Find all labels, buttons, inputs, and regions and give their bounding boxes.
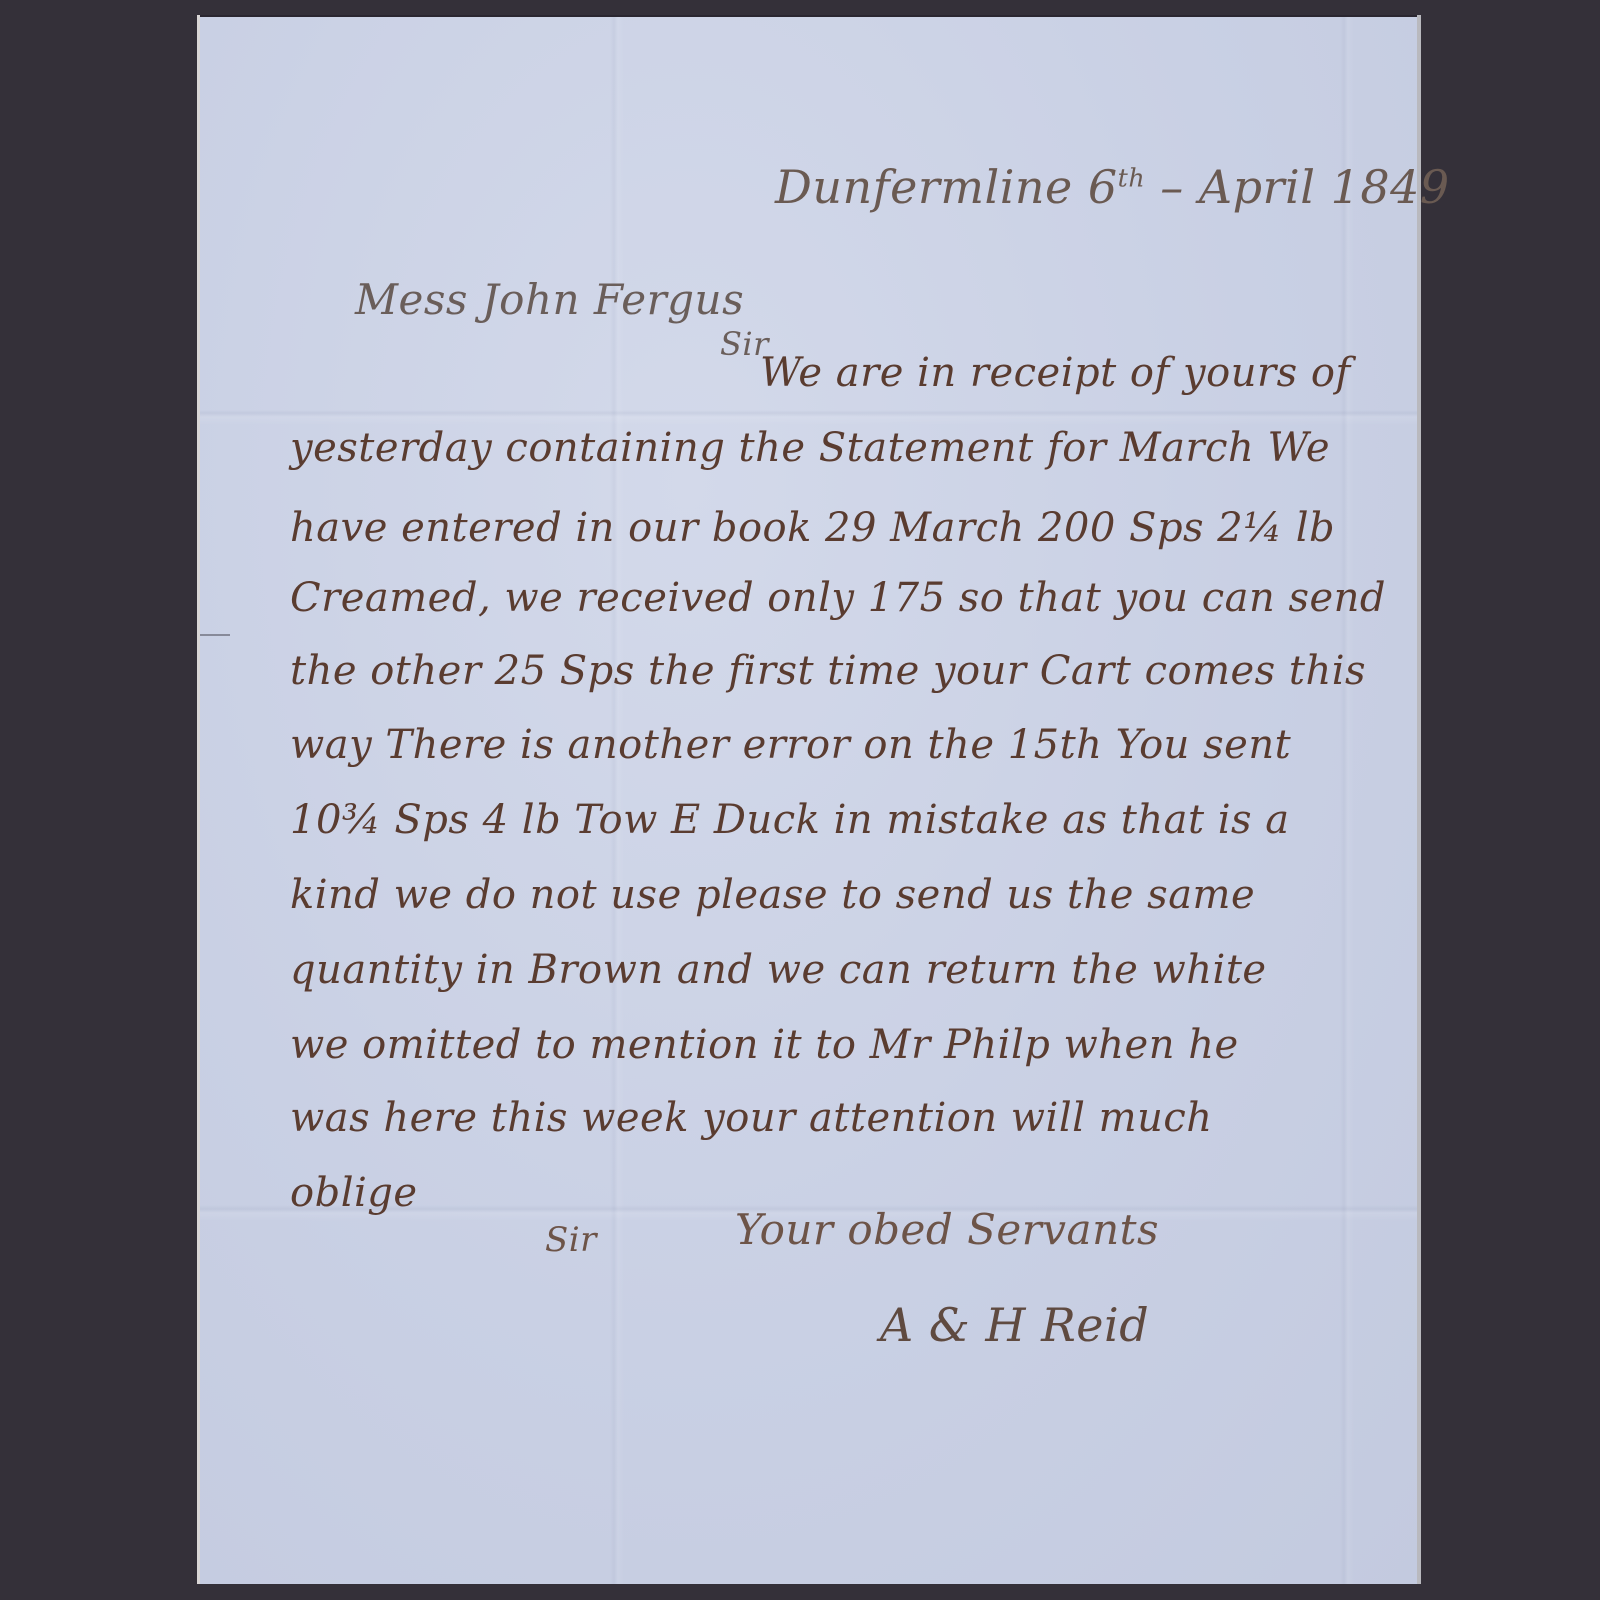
- letter-body-line: We are in receipt of yours of: [760, 350, 1380, 396]
- letter-body-line: was here this week your attention will m…: [290, 1095, 1380, 1141]
- letter-body-line: the other 25 Sps the first time your Car…: [290, 648, 1380, 694]
- letter-body-line: we omitted to mention it to Mr Philp whe…: [290, 1022, 1380, 1068]
- letter-body-line: yesterday containing the Statement for M…: [290, 425, 1380, 471]
- letter-closing-sir: Sir: [545, 1220, 597, 1260]
- letter-signature: A & H Reid: [880, 1298, 1149, 1352]
- letter-body-line: have entered in our book 29 March 200 Sp…: [290, 505, 1380, 551]
- letter-body-line: 10¾ Sps 4 lb Tow E Duck in mistake as th…: [290, 797, 1380, 843]
- letter-body-line: Creamed, we received only 175 so that yo…: [290, 575, 1380, 621]
- letter-date-day: 6: [1088, 160, 1118, 214]
- letter-body-line: quantity in Brown and we can return the …: [290, 947, 1380, 993]
- letter-addressee: Mess John Fergus: [355, 275, 744, 324]
- paper-mark: [200, 634, 230, 636]
- letter-body-line: way There is another error on the 15th Y…: [290, 722, 1380, 768]
- letter-closing: Your obed Servants: [735, 1205, 1159, 1254]
- letter-date-rest: – April 1849: [1160, 160, 1449, 214]
- letter-place: Dunfermline: [775, 160, 1073, 214]
- letter-dateline: Dunfermline 6th – April 1849: [775, 160, 1450, 214]
- letter-date-suffix: th: [1118, 164, 1145, 193]
- letter-body-line: kind we do not use please to send us the…: [290, 872, 1380, 918]
